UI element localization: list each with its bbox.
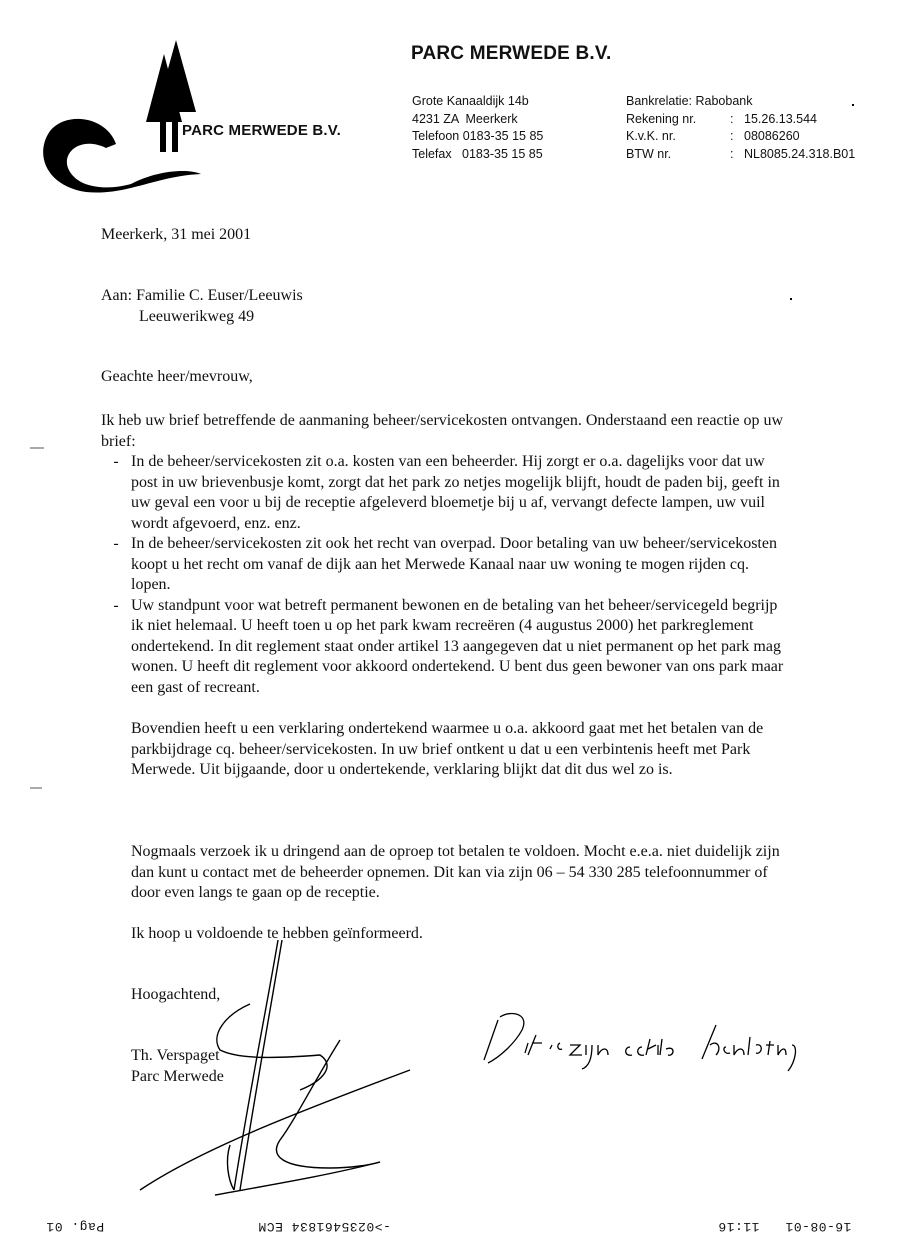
handwritten-note: Dit is zijn echte handtekening — [470, 1005, 830, 1085]
bullet-list: - In de beheer/servicekosten zit o.a. ko… — [101, 452, 801, 698]
bank-details: Bankrelatie: Rabobank Rekening nr. : 15.… — [626, 93, 855, 163]
bank-sep: : — [730, 111, 744, 129]
address-phone: Telefoon 0183-35 15 85 — [412, 128, 543, 146]
scan-speck — [30, 447, 44, 449]
recipient-block: Aan: Familie C. Euser/Leeuwis Leeuwerikw… — [101, 286, 303, 327]
bullet-text: Uw standpunt voor wat betreft permanent … — [131, 596, 791, 699]
bullet-marker: - — [101, 596, 131, 699]
company-title: PARC MERWEDE B.V. — [411, 43, 611, 65]
bullet-text: In de beheer/servicekosten zit o.a. kost… — [131, 452, 791, 534]
bullet-text: In de beheer/servicekosten zit ook het r… — [131, 534, 791, 596]
recipient-name: Aan: Familie C. Euser/Leeuwis — [101, 286, 303, 307]
company-address: Grote Kanaaldijk 14b 4231 ZA Meerkerk Te… — [412, 93, 543, 163]
bank-value: 08086260 — [744, 128, 800, 146]
recipient-address: Leeuwerikweg 49 — [101, 307, 303, 328]
list-item: - In de beheer/servicekosten zit ook het… — [101, 534, 801, 596]
bank-label: Rekening nr. — [626, 111, 730, 129]
bank-value: NL8085.24.318.B01 — [744, 146, 855, 164]
scan-speck — [852, 104, 854, 106]
bank-row-btw: BTW nr. : NL8085.24.318.B01 — [626, 146, 855, 164]
bank-label: BTW nr. — [626, 146, 730, 164]
address-city: 4231 ZA Meerkerk — [412, 111, 543, 129]
bank-row-kvk: K.v.K. nr. : 08086260 — [626, 128, 855, 146]
intro-paragraph: Ik heb uw brief betreffende de aanmaning… — [101, 411, 791, 452]
fax-sender-number: ->0235461834 ECM — [258, 1219, 391, 1234]
fax-page-number: Pag. 01 — [46, 1219, 104, 1234]
bank-value: 15.26.13.544 — [744, 111, 817, 129]
address-fax: Telefax 0183-35 15 85 — [412, 146, 543, 164]
salutation: Geachte heer/mevrouw, — [101, 367, 253, 388]
bank-relation: Bankrelatie: Rabobank — [626, 93, 855, 111]
list-item: - In de beheer/servicekosten zit o.a. ko… — [101, 452, 801, 534]
bank-sep: : — [730, 146, 744, 164]
declaration-paragraph: Bovendien heeft u een verklaring onderte… — [131, 719, 791, 781]
bank-sep: : — [730, 128, 744, 146]
handwritten-signature — [130, 940, 430, 1200]
fax-date: 16-08-01 — [785, 1219, 851, 1234]
scan-speck — [790, 298, 792, 300]
address-street: Grote Kanaaldijk 14b — [412, 93, 543, 111]
logo-company-name: PARC MERWEDE B.V. — [182, 122, 341, 139]
scan-speck — [30, 787, 42, 789]
closing-paragraph: Nogmaals verzoek ik u dringend aan de op… — [131, 842, 801, 904]
bank-row-account: Rekening nr. : 15.26.13.544 — [626, 111, 855, 129]
letter-date: Meerkerk, 31 mei 2001 — [101, 225, 251, 246]
list-item: - Uw standpunt voor wat betreft permanen… — [101, 596, 801, 699]
parc-merwede-logo — [36, 36, 376, 206]
bullet-marker: - — [101, 452, 131, 534]
fax-time: 11:16 — [718, 1219, 760, 1234]
bank-label: K.v.K. nr. — [626, 128, 730, 146]
bullet-marker: - — [101, 534, 131, 596]
